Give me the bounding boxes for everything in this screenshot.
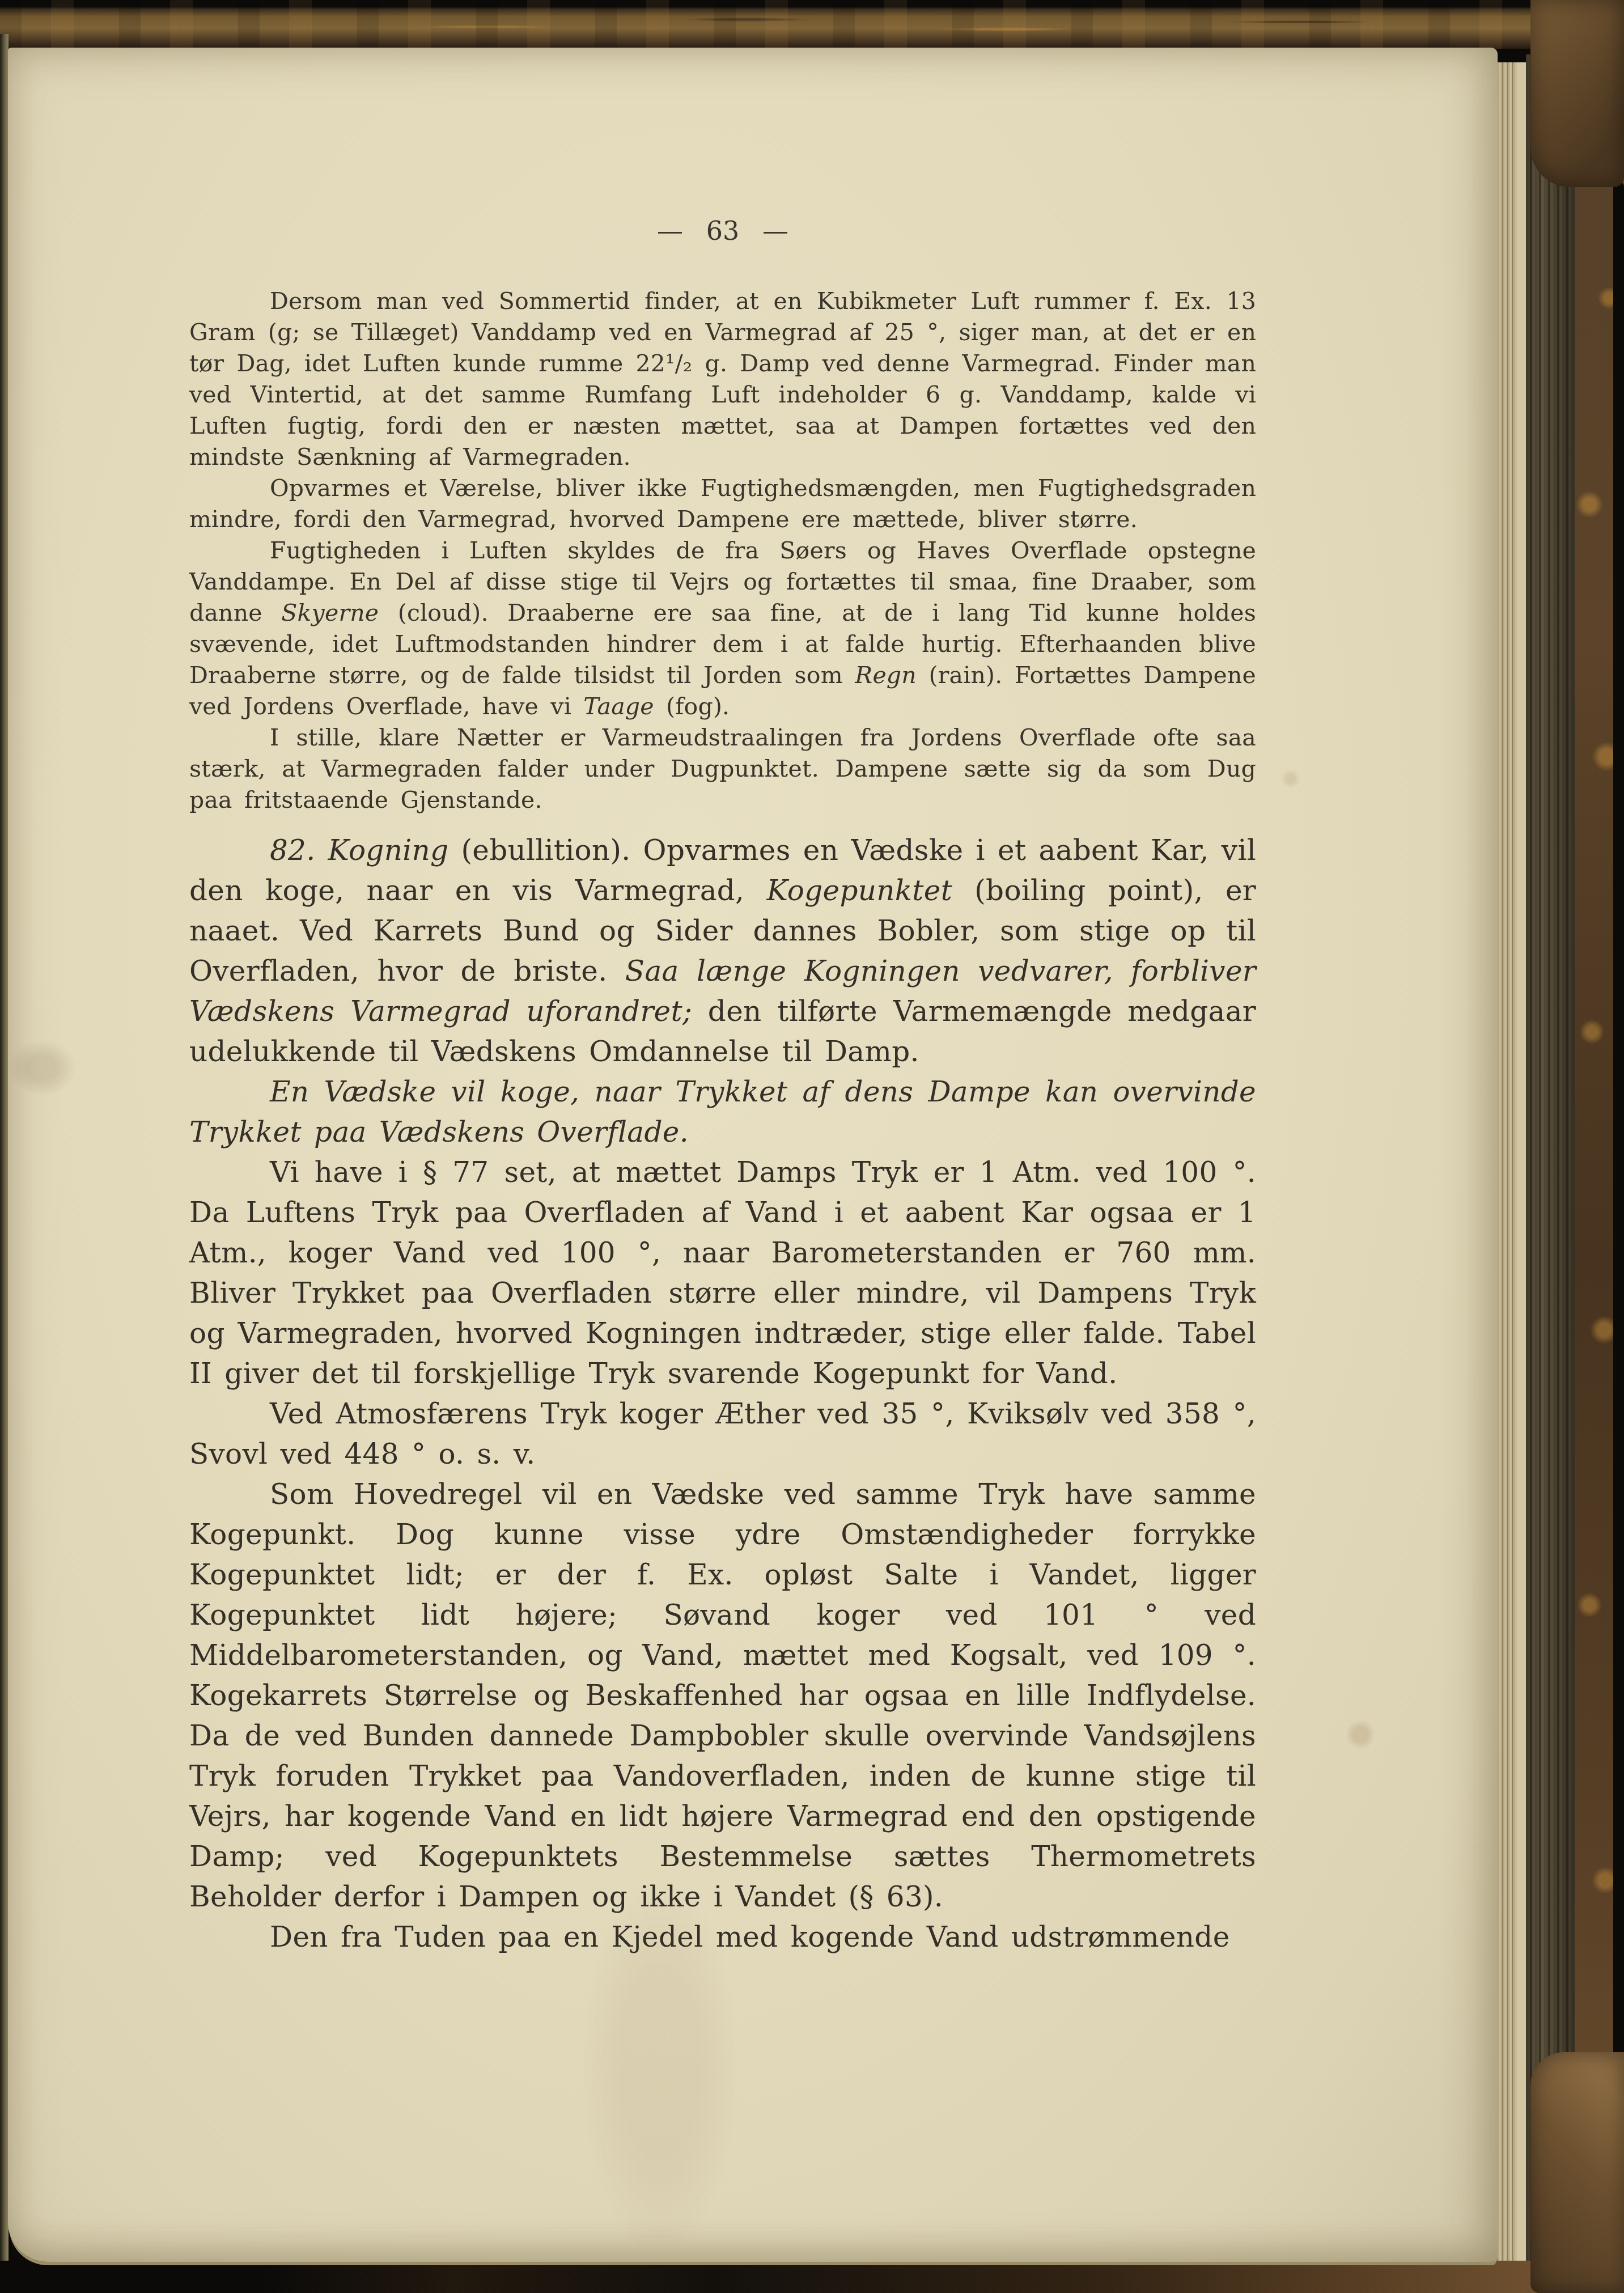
text-run: Som Hovedregel vil en Vædske ved samme T… — [189, 1478, 1256, 1913]
paragraph: 82. Kogning (ebullition). Opvarmes en Væ… — [189, 830, 1256, 1072]
text-run: Dersom man ved Sommertid finder, at en K… — [189, 287, 1256, 471]
book-page: — 63 — Dersom man ved Sommertid finder, … — [8, 48, 1498, 2262]
text-block: — 63 — Dersom man ved Sommertid finder, … — [189, 48, 1256, 1957]
italic-text-run: En Vædske vil koge, naar Trykket af dens… — [189, 1075, 1256, 1148]
text-run: Opvarmes et Værelse, bliver ikke Fugtigh… — [189, 474, 1256, 533]
text-run: (fog). — [654, 693, 730, 720]
stacked-page-edges — [1494, 62, 1517, 2263]
book-block-fore-edge — [1526, 54, 1576, 2277]
paragraph: Opvarmes et Værelse, bliver ikke Fugtigh… — [189, 473, 1256, 535]
book-gutter-edge — [0, 34, 9, 2262]
background-right — [1613, 181, 1624, 2109]
italic-text-run: Kogepunktet — [767, 874, 953, 907]
paragraph: Vi have i § 77 set, at mættet Damps Tryk… — [189, 1152, 1256, 1394]
italic-text-run: Regn — [855, 662, 917, 689]
page-edge-gap — [1517, 62, 1526, 2263]
book-cover-bottom-edge — [0, 2261, 1624, 2293]
text-run: Ved Atmosfærens Tryk koger Æther ved 35 … — [189, 1397, 1256, 1470]
italic-text-run: Taage — [583, 693, 654, 720]
paragraph: Dersom man ved Sommertid finder, at en K… — [189, 286, 1256, 473]
italic-text-run: 82. Kogning — [270, 834, 448, 867]
paragraph: I stille, klare Nætter er Varmeudstraali… — [189, 722, 1256, 816]
paragraph: Den fra Tuden paa en Kjedel med kogende … — [189, 1917, 1256, 1957]
paragraph: Fugtigheden i Luften skyldes de fra Søer… — [189, 535, 1256, 722]
paragraph: Som Hovedregel vil en Vædske ved samme T… — [189, 1474, 1256, 1917]
text-run: Den fra Tuden paa en Kjedel med kogende … — [270, 1921, 1230, 1953]
book-cover-corner-bottom-right — [1530, 2052, 1624, 2293]
text-run: Vi have i § 77 set, at mættet Damps Tryk… — [189, 1156, 1256, 1390]
book-cover-top-edge — [0, 0, 1624, 49]
book-cover-corner-top-right — [1530, 0, 1624, 187]
italic-text-run: Skyerne — [281, 599, 379, 626]
text-run: I stille, klare Nætter er Varmeudstraali… — [189, 724, 1256, 813]
paragraph: Ved Atmosfærens Tryk koger Æther ved 35 … — [189, 1394, 1256, 1474]
book-photo: — 63 — Dersom man ved Sommertid finder, … — [0, 0, 1624, 2293]
paragraph: En Vædske vil koge, naar Trykket af dens… — [189, 1072, 1256, 1152]
page-number: — 63 — — [189, 215, 1256, 246]
